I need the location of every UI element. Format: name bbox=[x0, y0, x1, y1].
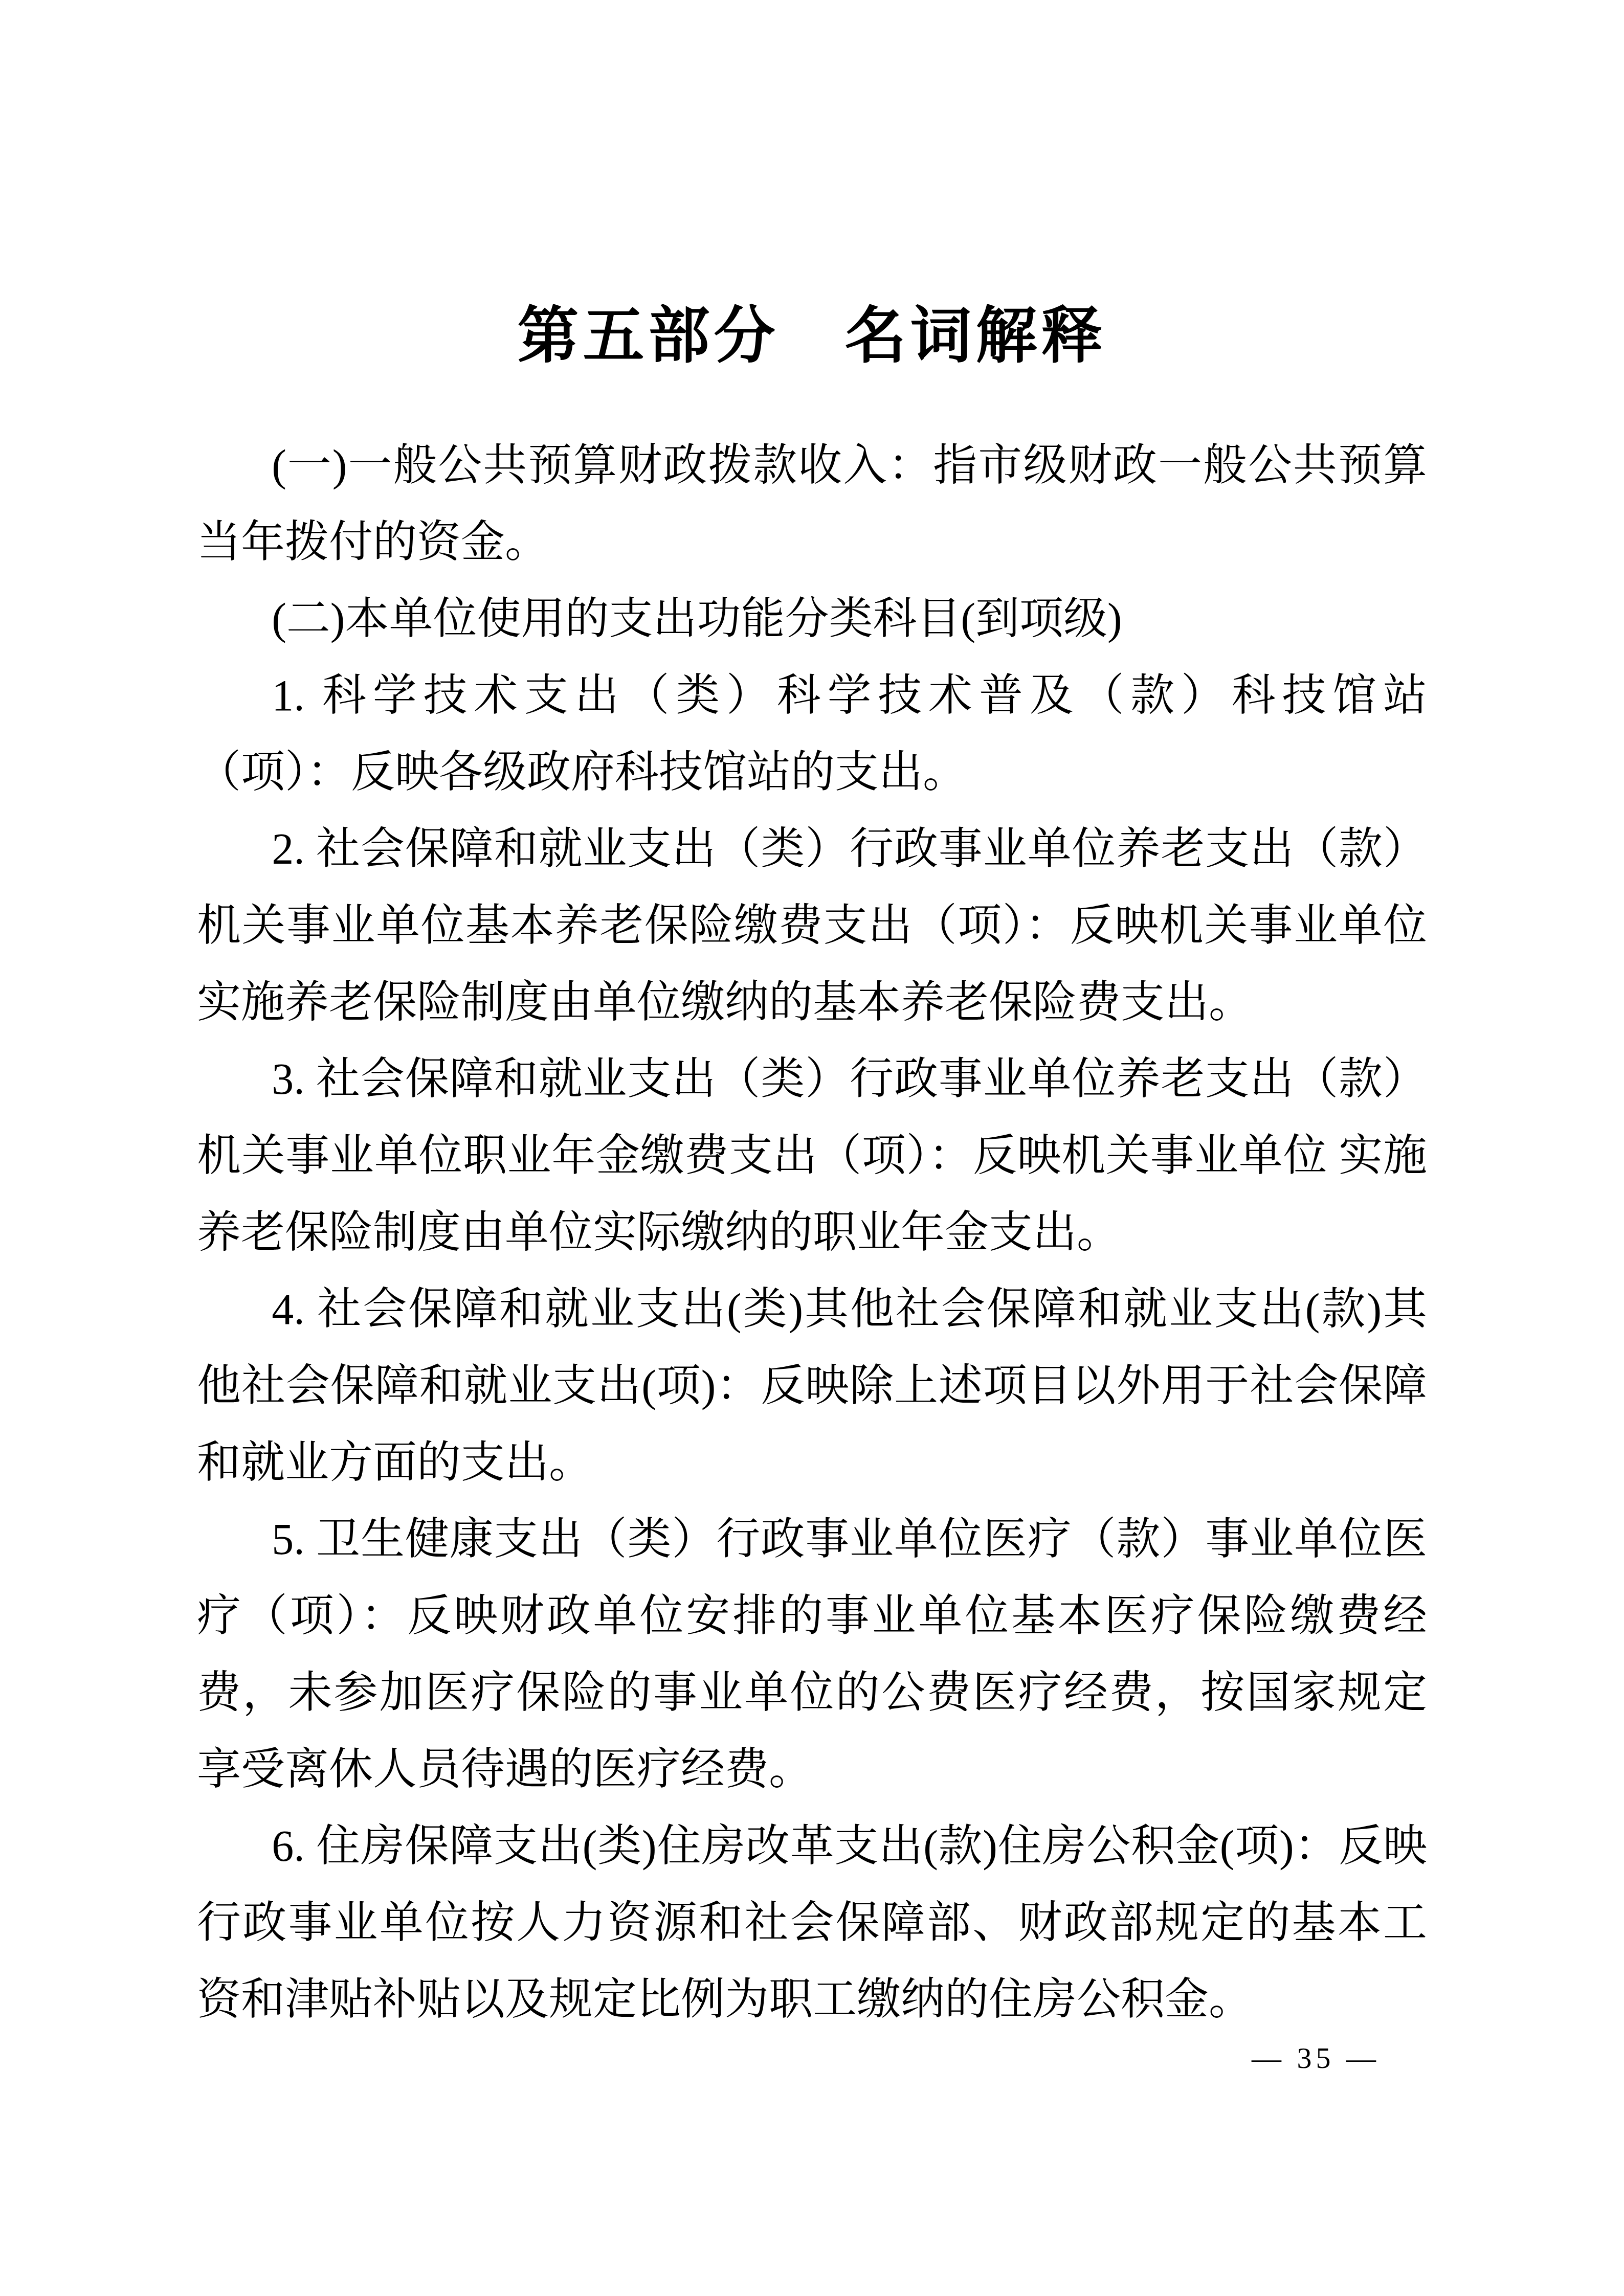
page-title: 第五部分 名词解释 bbox=[0, 294, 1624, 378]
paragraph-item-5-health: 5. 卫生健康支出（类）行政事业单位医疗（款）事业单位医疗（项）：反映财政单位安… bbox=[197, 1501, 1427, 1808]
paragraph-item-6-housing: 6. 住房保障支出(类)住房改革支出(款)住房公积金(项)：反映行政事业单位按人… bbox=[197, 1808, 1427, 2038]
paragraph-item-3-occupational-annuity: 3. 社会保障和就业支出（类）行政事业单位养老支出（款）机关事业单位职业年金缴费… bbox=[197, 1041, 1427, 1271]
paragraph-item-2-basic-pension: 2. 社会保障和就业支出（类）行政事业单位养老支出（款）机关事业单位基本养老保险… bbox=[197, 811, 1427, 1041]
paragraph-general-public-budget-income: (一)一般公共预算财政拨款收入：指市级财政一般公共预算当年拨付的资金。 bbox=[197, 427, 1427, 580]
paragraph-item-1-science-technology: 1. 科学技术支出（类）科学技术普及（款）科技馆站（项）：反映各级政府科技馆站的… bbox=[197, 657, 1427, 811]
page-number: — 35 — bbox=[1228, 2040, 1404, 2076]
document-body: (一)一般公共预算财政拨款收入：指市级财政一般公共预算当年拨付的资金。 (二)本… bbox=[197, 427, 1427, 2038]
paragraph-item-4-other-social-security: 4. 社会保障和就业支出(类)其他社会保障和就业支出(款)其他社会保障和就业支出… bbox=[197, 1271, 1427, 1501]
document-page: 第五部分 名词解释 (一)一般公共预算财政拨款收入：指市级财政一般公共预算当年拨… bbox=[0, 0, 1624, 2296]
paragraph-expenditure-classification-intro: (二)本单位使用的支出功能分类科目(到项级) bbox=[197, 580, 1427, 657]
